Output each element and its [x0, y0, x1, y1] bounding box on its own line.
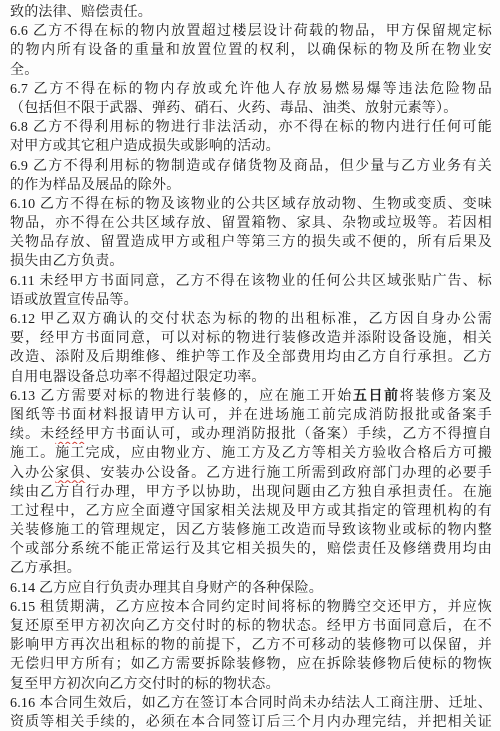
text-segment: 资质等相关手续的，必须在本合同签订后三个月内办理完结，并把相关证: [10, 715, 492, 730]
text-segment: 6.10 乙方不得在标的物及该物业的公共区域存放动物、生物或变质、变味: [10, 197, 492, 212]
text-segment: 续。未: [10, 427, 55, 442]
text-line: 损失由乙方负责。: [10, 252, 492, 271]
text-line: 6.13 乙方需要对标的物进行装修的，应在施工开始五日前将装修方案及: [10, 387, 492, 406]
text-segment: 6.6 乙方不得在标的物内放置超过楼层设计荷载的物品，甲方保留规定标: [10, 24, 492, 39]
text-line: 施工。施工完成，应由物业方、施工方及乙方等相关方验收合格后方可搬: [10, 444, 492, 463]
text-segment: 损失由乙方负责。: [10, 254, 124, 269]
text-line: 复至甲方初次向乙方交付时的标的物状态。: [10, 675, 492, 694]
text-segment: 6.12 甲乙双方确认的交付状态为标的物的出租标准，乙方因自身办公需: [10, 312, 492, 327]
text-line: 全。: [10, 61, 492, 80]
text-segment: 6.8 乙方不得利用标的物进行非法活动，亦不得在标的物内进行任何可能: [10, 120, 492, 135]
text-segment: 工过程中，乙方应全面遵守国家相关法规及甲方或其指定的管理机构的有: [10, 504, 492, 519]
text-line: 复还原至甲方初次向乙方交付时的标的物状态。经甲方书面同意后，在不: [10, 617, 492, 636]
clause-paragraph-6.6: 6.6 乙方不得在标的物内放置超过楼层设计荷载的物品，甲方保留规定标的物内所有设…: [10, 22, 492, 80]
text-segment: 6.14 乙方应自行负责办理其自身财产的各种保险。: [10, 581, 323, 596]
text-segment: 施工。施工完成，应由物业方、施工方及乙方等相关方验收合格后方可搬: [10, 446, 492, 461]
text-line: 要，经甲方书面同意，可以对标的物进行装修改造并添附设备设施，相关: [10, 329, 492, 348]
emphasized-text: 五日前: [353, 389, 400, 404]
text-segment: 6.13 乙方需要对标的物进行装修的，应在施工开始: [10, 389, 353, 404]
text-segment: 物品，亦不得在公共区域存放、留置箱物、家具、杂物或垃圾等。若因相: [10, 216, 492, 231]
clause-paragraph-6.15: 6.15 租赁期满，乙方应按本合同约定时间将标的物腾空交还甲方，并应恢复还原至甲…: [10, 598, 492, 694]
text-segment: 致的法律、赔偿责任。: [10, 5, 152, 20]
text-segment: 关物品存放、留置造成甲方或租户等第三方的损失或不便的，所有后果及: [10, 235, 492, 250]
text-line: 图纸等书面材料报请甲方认可，并在进场施工前完成消防报批或备案手: [10, 406, 492, 425]
text-line: 资质等相关手续的，必须在本合同签订后三个月内办理完结，并把相关证: [10, 713, 492, 731]
text-segment: 续由乙方自行办理，甲方予以协助，出现问题由乙方独自承担责任。在施: [10, 485, 492, 500]
clause-paragraph-6.11: 6.11 未经甲方书面同意，乙方不得在该物业的任何公共区域张贴广告、标语或放置宣…: [10, 272, 492, 310]
text-line: 工过程中，乙方应全面遵守国家相关法规及甲方或其指定的管理机构的有: [10, 502, 492, 521]
text-segment: 6.11 未经甲方书面同意，乙方不得在该物业的任何公共区域张贴广告、标: [10, 274, 492, 289]
text-line: 6.12 甲乙双方确认的交付状态为标的物的出租标准，乙方因自身办公需: [10, 310, 492, 329]
text-line: 的物内所有设备的重量和放置位置的权利，以确保标的物及所在物业安: [10, 41, 492, 60]
text-line: 改造、添附及后期维修、维护等工作及全部费用均由乙方自行承担。乙方: [10, 348, 492, 367]
text-segment: 个或部分系统不能正常运行及其它相关损失的，赔偿责任及修缮费用均由: [10, 542, 492, 557]
text-line: 关物品存放、留置造成甲方或租户等第三方的损失或不便的，所有后果及: [10, 233, 492, 252]
text-line: 个或部分系统不能正常运行及其它相关损失的，赔偿责任及修缮费用均由: [10, 540, 492, 559]
text-line: 的作为样品及展品的除外。: [10, 176, 492, 195]
text-segment: 6.9 乙方不得利用标的物制造或存储货物及商品，但少量与乙方业务有关: [10, 159, 492, 174]
text-line: 续。未经经甲方书面认可，或办理消防报批（备案）手续，乙方不得擅自: [10, 425, 492, 444]
text-line: 物品，亦不得在公共区域存放、留置箱物、家具、杂物或垃圾等。若因相: [10, 214, 492, 233]
text-segment: 甲方书面认可，或办理消防报批（备案）手续，乙方不得擅自: [85, 427, 492, 442]
text-line: 6.7 乙方不得在标的物内存放或允许他人存放易燃易爆等违法危险物品: [10, 80, 492, 99]
clause-paragraph-6.13: 6.13 乙方需要对标的物进行装修的，应在施工开始五日前将装修方案及图纸等书面材…: [10, 387, 492, 579]
text-segment: 影响甲方再次出租标的物的前提下，乙方不可移动的装修物可以保留，并: [10, 638, 492, 653]
misspelled-text: 家俱: [55, 466, 85, 481]
text-line: 入办公家俱、安装办公设备。乙方进行施工所需到政府部门办理的必要手: [10, 464, 492, 483]
text-segment: 图纸等书面材料报请甲方认可，并在进场施工前完成消防报批或备案手: [10, 408, 492, 423]
clause-paragraph-6.8: 6.8 乙方不得利用标的物进行非法活动，亦不得在标的物内进行任何可能对甲方或其它…: [10, 118, 492, 156]
document-body: 致的法律、赔偿责任。6.6 乙方不得在标的物内放置超过楼层设计荷载的物品，甲方保…: [10, 3, 492, 731]
text-line: 续由乙方自行办理，甲方予以协助，出现问题由乙方独自承担责任。在施: [10, 483, 492, 502]
text-line: 6.14 乙方应自行负责办理其自身财产的各种保险。: [10, 579, 492, 598]
text-segment: 6.15 租赁期满，乙方应按本合同约定时间将标的物腾空交还甲方，并应恢: [10, 600, 492, 615]
misspelled-text: 经经: [55, 427, 85, 442]
text-segment: 语或放置宣传品等。: [10, 293, 138, 308]
text-segment: 入办公: [10, 466, 55, 481]
text-line: 6.16 本合同生效后，如乙方在签订本合同时尚未办结法人工商注册、迁址、: [10, 694, 492, 713]
text-segment: 6.16 本合同生效后，如乙方在签订本合同时尚未办结法人工商注册、迁址、: [10, 696, 492, 711]
text-segment: （包括但不限于武器、弹药、硝石、火药、毒品、油类、放射元素等）。: [10, 101, 457, 116]
text-line: 无偿归甲方所有；如乙方需要拆除装修物，应在拆除装修物后使标的物恢: [10, 655, 492, 674]
contract-page: 致的法律、赔偿责任。6.6 乙方不得在标的物内放置超过楼层设计荷载的物品，甲方保…: [0, 0, 500, 731]
clause-paragraph-6.9: 6.9 乙方不得利用标的物制造或存储货物及商品，但少量与乙方业务有关的作为样品及…: [10, 157, 492, 195]
text-line: 影响甲方再次出租标的物的前提下，乙方不可移动的装修物可以保留，并: [10, 636, 492, 655]
text-segment: 自用电器设备总功率不得超过限定功率。: [10, 370, 266, 385]
text-line: 6.10 乙方不得在标的物及该物业的公共区域存放动物、生物或变质、变味: [10, 195, 492, 214]
clause-paragraph-6.7: 6.7 乙方不得在标的物内存放或允许他人存放易燃易爆等违法危险物品（包括但不限于…: [10, 80, 492, 118]
text-line: （包括但不限于武器、弹药、硝石、火药、毒品、油类、放射元素等）。: [10, 99, 492, 118]
text-line: 自用电器设备总功率不得超过限定功率。: [10, 368, 492, 387]
text-line: 致的法律、赔偿责任。: [10, 3, 492, 22]
text-segment: 乙方承担。: [10, 561, 81, 576]
text-segment: 全。: [10, 63, 38, 78]
text-segment: 复至甲方初次向乙方交付时的标的物状态。: [10, 677, 280, 692]
text-line: 关装修施工的管理规定，因乙方装修施工改造而导致该物业或标的物内整: [10, 521, 492, 540]
text-line: 6.9 乙方不得利用标的物制造或存储货物及商品，但少量与乙方业务有关: [10, 157, 492, 176]
clause-paragraph-6.16: 6.16 本合同生效后，如乙方在签订本合同时尚未办结法人工商注册、迁址、资质等相…: [10, 694, 492, 731]
text-segment: 无偿归甲方所有；如乙方需要拆除装修物，应在拆除装修物后使标的物恢: [10, 657, 492, 672]
text-segment: 要，经甲方书面同意，可以对标的物进行装修改造并添附设备设施，相关: [10, 331, 492, 346]
text-line: 6.6 乙方不得在标的物内放置超过楼层设计荷载的物品，甲方保留规定标: [10, 22, 492, 41]
text-segment: 复还原至甲方初次向乙方交付时的标的物状态。经甲方书面同意后，在不: [10, 619, 492, 634]
text-segment: 、安装办公设备。乙方进行施工所需到政府部门办理的必要手: [85, 466, 492, 481]
clause-paragraph-6.10: 6.10 乙方不得在标的物及该物业的公共区域存放动物、生物或变质、变味物品，亦不…: [10, 195, 492, 272]
continued-paragraph: 致的法律、赔偿责任。: [10, 3, 492, 22]
text-line: 6.11 未经甲方书面同意，乙方不得在该物业的任何公共区域张贴广告、标: [10, 272, 492, 291]
text-line: 语或放置宣传品等。: [10, 291, 492, 310]
text-segment: 的作为样品及展品的除外。: [10, 178, 180, 193]
text-segment: 6.7 乙方不得在标的物内存放或允许他人存放易燃易爆等违法危险物品: [10, 82, 492, 97]
text-segment: 的物内所有设备的重量和放置位置的权利，以确保标的物及所在物业安: [10, 43, 492, 58]
text-line: 6.8 乙方不得利用标的物进行非法活动，亦不得在标的物内进行任何可能: [10, 118, 492, 137]
clause-paragraph-6.14: 6.14 乙方应自行负责办理其自身财产的各种保险。: [10, 579, 492, 598]
text-line: 对甲方或其它租户造成损失或影响的活动。: [10, 137, 492, 156]
text-segment: 关装修施工的管理规定，因乙方装修施工改造而导致该物业或标的物内整: [10, 523, 492, 538]
clause-paragraph-6.12: 6.12 甲乙双方确认的交付状态为标的物的出租标准，乙方因自身办公需要，经甲方书…: [10, 310, 492, 387]
text-line: 乙方承担。: [10, 559, 492, 578]
text-line: 6.15 租赁期满，乙方应按本合同约定时间将标的物腾空交还甲方，并应恢: [10, 598, 492, 617]
text-segment: 对甲方或其它租户造成损失或影响的活动。: [10, 139, 280, 154]
text-segment: 将装修方案及: [400, 389, 492, 404]
text-segment: 改造、添附及后期维修、维护等工作及全部费用均由乙方自行承担。乙方: [10, 350, 492, 365]
